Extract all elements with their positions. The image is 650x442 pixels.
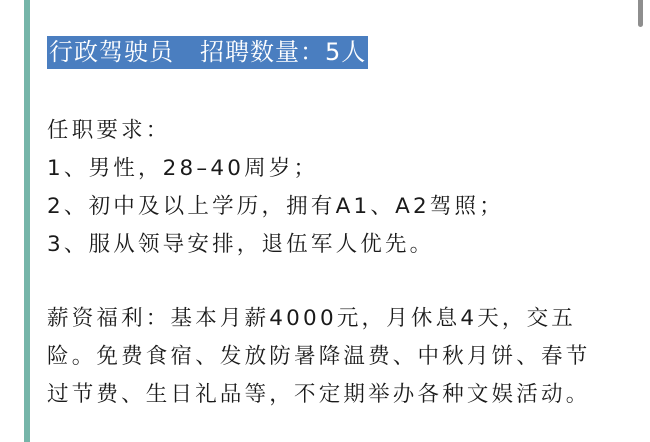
job-title-highlight: 行政驾驶员招聘数量：5人 bbox=[47, 36, 368, 69]
requirement-item: 3、服从领导安排，退伍军人优先。 bbox=[47, 230, 434, 260]
benefits-line: 过节费、生日礼品等，不定期举办各种文娱活动。 bbox=[47, 380, 590, 410]
scrollbar[interactable] bbox=[638, 0, 643, 27]
benefits-line: 薪资福利：基本月薪4000元，月休息4天，交五 bbox=[47, 304, 576, 334]
left-accent-bar bbox=[24, 0, 30, 442]
headcount: 招聘数量：5人 bbox=[200, 38, 366, 66]
requirements-heading: 任职要求： bbox=[47, 116, 171, 146]
requirement-item: 1、男性，28–40周岁； bbox=[47, 154, 318, 184]
benefits-line: 险。免费食宿、发放防暑降温费、中秋月饼、春节 bbox=[47, 342, 590, 372]
position-name: 行政驾驶员 bbox=[49, 38, 174, 66]
requirement-item: 2、初中及以上学历，拥有A1、A2驾照； bbox=[47, 192, 504, 222]
